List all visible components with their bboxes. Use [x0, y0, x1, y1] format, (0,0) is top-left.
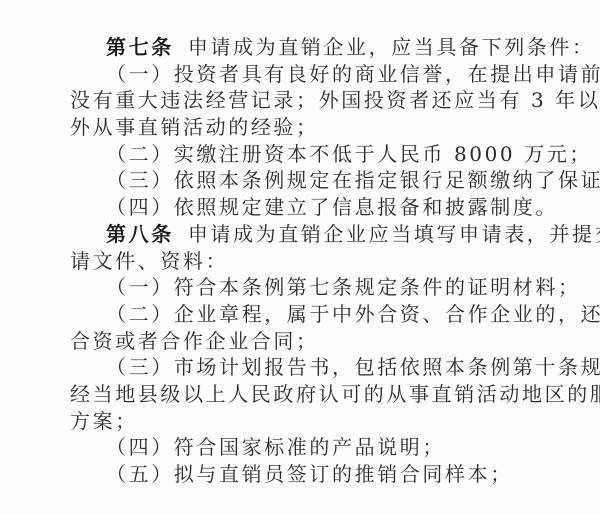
- text-line: （二）实缴注册资本不低于人民币 8000 万元；: [70, 141, 542, 168]
- article-text: 申请成为直销企业，应当具备下列条件：: [188, 35, 595, 59]
- text-line: 经当地县级以上人民政府认可的从事直销活动地区的服务网点: [70, 381, 542, 408]
- text-line: 外从事直销活动的经验；: [70, 114, 542, 141]
- text-line: （五）拟与直销员签订的推销合同样本；: [70, 461, 542, 488]
- article-text: 申请成为直销企业应当填写申请表，并提交下列申: [188, 222, 600, 246]
- article-7-heading: 第七条申请成为直销企业，应当具备下列条件：: [70, 34, 542, 61]
- document-page: 第七条申请成为直销企业，应当具备下列条件： （一）投资者具有良好的商业信誉，在提…: [0, 0, 600, 515]
- text-line: （三）依照本条例规定在指定银行足额缴纳了保证金；: [70, 167, 542, 194]
- article-8-heading: 第八条申请成为直销企业应当填写申请表，并提交下列申: [70, 221, 542, 248]
- article-number: 第七条: [106, 35, 174, 59]
- text-line: （四）依照规定建立了信息报备和披露制度。: [70, 194, 542, 221]
- text-line: （四）符合国家标准的产品说明；: [70, 434, 542, 461]
- regulation-text: 第七条申请成为直销企业，应当具备下列条件： （一）投资者具有良好的商业信誉，在提…: [70, 34, 542, 488]
- text-line: （一）投资者具有良好的商业信誉，在提出申请前连续 5 年: [70, 61, 542, 88]
- text-line: 请文件、资料：: [70, 248, 542, 275]
- text-line: 没有重大违法经营记录；外国投资者还应当有 3 年以上在中国境: [70, 87, 542, 114]
- text-line: 合资或者合作企业合同；: [70, 328, 542, 355]
- text-line: （三）市场计划报告书，包括依照本条例第十条规定拟定的: [70, 354, 542, 381]
- article-number: 第八条: [106, 222, 174, 246]
- text-line: （二）企业章程，属于中外合资、合作企业的，还应当提供: [70, 301, 542, 328]
- text-line: 方案；: [70, 408, 542, 435]
- text-line: （一）符合本条例第七条规定条件的证明材料；: [70, 274, 542, 301]
